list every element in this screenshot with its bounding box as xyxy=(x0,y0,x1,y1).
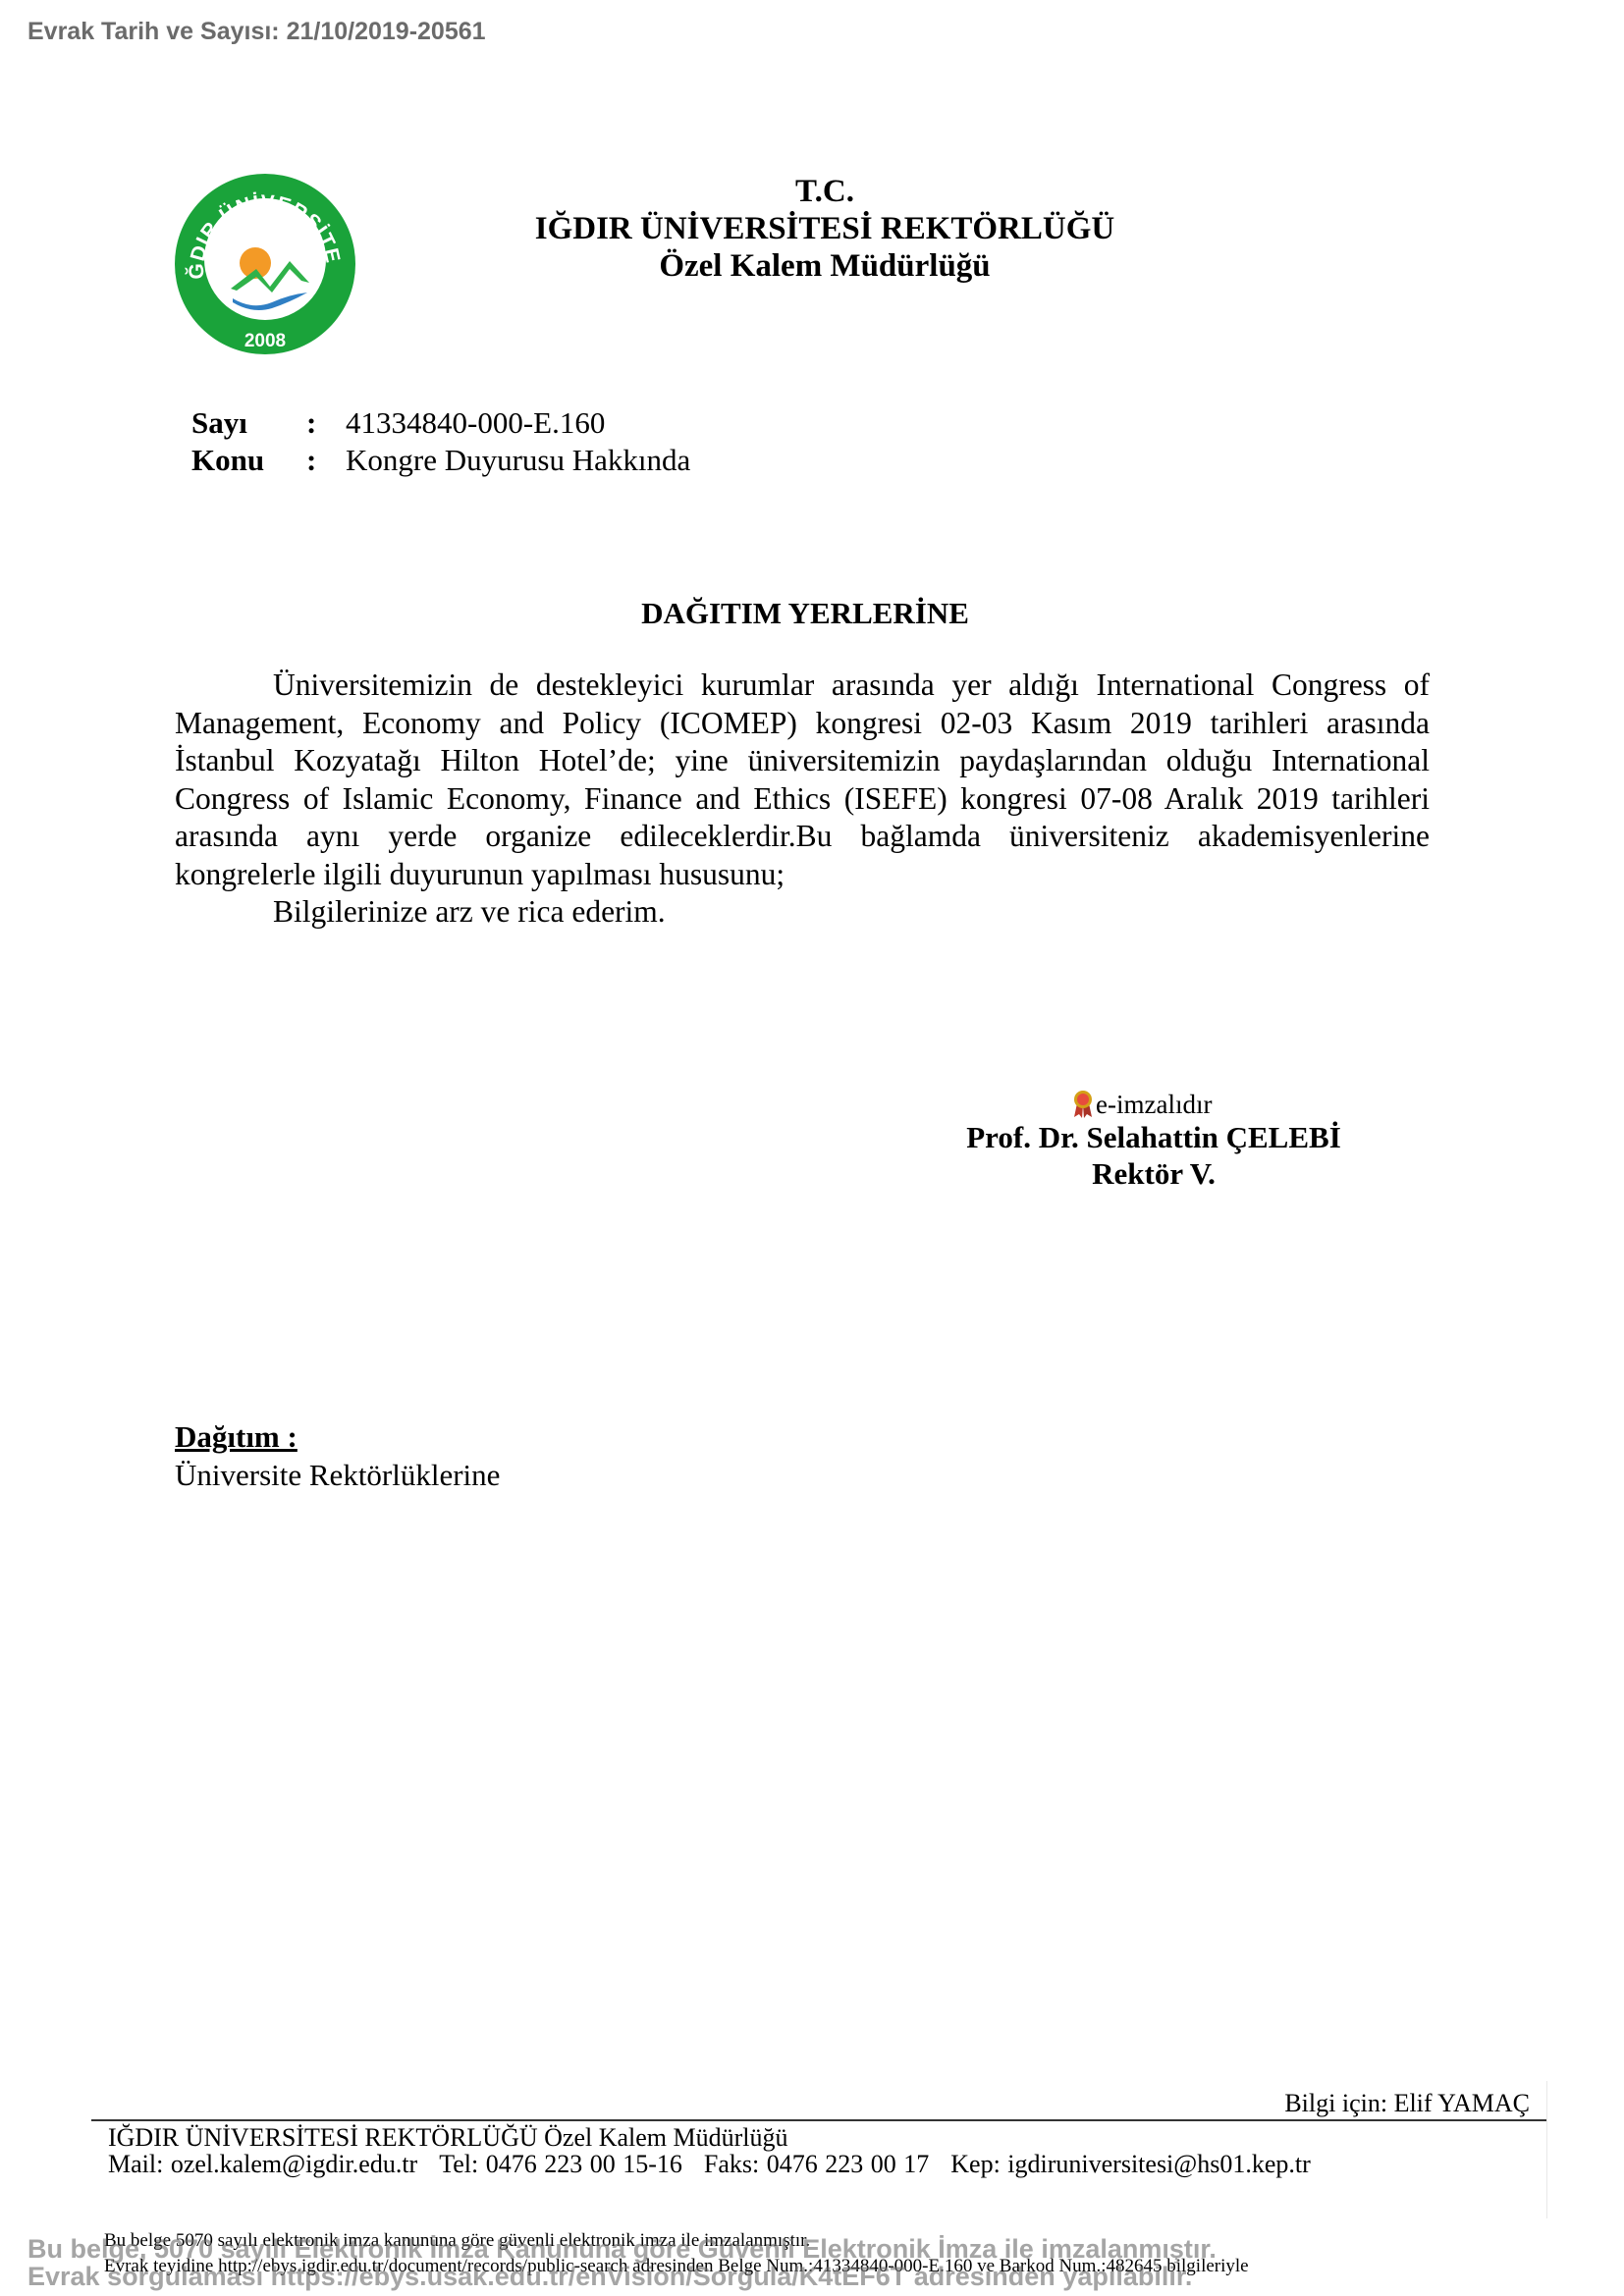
footer-fax: Faks: 0476 223 00 17 xyxy=(704,2150,929,2178)
header-institution: IĞDIR ÜNİVERSİTESİ REKTÖRLÜĞÜ xyxy=(530,211,1119,247)
info-contact: Bilgi için: Elif YAMAÇ xyxy=(1284,2089,1530,2118)
signatory-name: Prof. Dr. Selahattin ÇELEBİ xyxy=(923,1120,1384,1155)
ribbon-award-icon xyxy=(1072,1090,1094,1119)
letter-body: Üniversitemizin de destekleyici kurumlar… xyxy=(175,667,1430,894)
header-tc: T.C. xyxy=(530,174,1119,210)
footer-mail: Mail: ozel.kalem@igdir.edu.tr xyxy=(108,2150,417,2178)
footer-organization: IĞDIR ÜNİVERSİTESİ REKTÖRLÜĞÜ Özel Kalem… xyxy=(108,2123,788,2153)
watermark-line1: Bu belge, 5070 sayılı Elektronik İmza Ka… xyxy=(27,2234,1217,2265)
document-date-number-stamp: Evrak Tarih ve Sayısı: 21/10/2019-20561 xyxy=(27,18,486,46)
signatory-title: Rektör V. xyxy=(923,1156,1384,1192)
footer-tel: Tel: 0476 223 00 15-16 xyxy=(439,2150,682,2178)
distribution-label: Dağıtım : xyxy=(175,1419,298,1455)
sayi-value: 41334840-000-E.160 xyxy=(346,405,605,441)
university-seal-icon: IĞDIR ÜNİVERSİTESİ 2008 xyxy=(174,173,356,355)
footer-divider xyxy=(91,2119,1546,2121)
header-department: Özel Kalem Müdürlüğü xyxy=(530,248,1119,285)
e-signed-marker: e-imzalıdır xyxy=(1072,1090,1212,1120)
footer-margin-line xyxy=(1546,2081,1547,2218)
konu-colon: : xyxy=(306,443,316,478)
watermark-line2: Evrak sorgulaması https://ebys.usak.edu.… xyxy=(27,2262,1192,2292)
sayi-label: Sayı xyxy=(191,405,247,441)
footer-kep: Kep: igdiruniversitesi@hs01.kep.tr xyxy=(950,2150,1311,2178)
konu-label: Konu xyxy=(191,443,264,478)
distribution-recipient: Üniversite Rektörlüklerine xyxy=(175,1458,500,1493)
svg-text:2008: 2008 xyxy=(244,331,286,351)
konu-value: Kongre Duyurusu Hakkında xyxy=(346,443,690,478)
body-paragraph: Üniversitemizin de destekleyici kurumlar… xyxy=(175,667,1430,894)
sayi-colon: : xyxy=(306,405,316,441)
footer-contact-line: Mail: ozel.kalem@igdir.edu.trTel: 0476 2… xyxy=(108,2150,1332,2179)
e-signed-text: e-imzalıdır xyxy=(1096,1090,1212,1119)
closing-sentence: Bilgilerinize arz ve rica ederim. xyxy=(273,894,666,930)
addressee-title: DAĞITIM YERLERİNE xyxy=(530,596,1080,631)
university-seal-logo: IĞDIR ÜNİVERSİTESİ 2008 xyxy=(174,173,356,355)
